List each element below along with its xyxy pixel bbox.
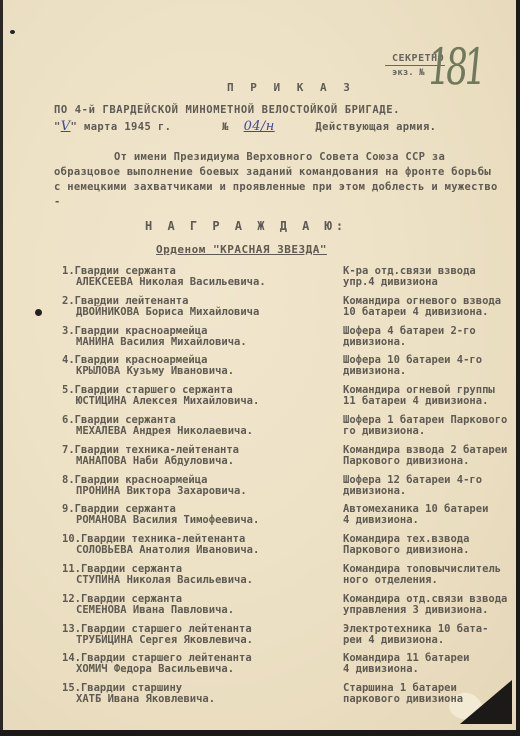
recipient-entry: 8.Гвардии красноармейцаПРОНИНА Виктора З…	[62, 475, 332, 497]
recipient-name: ДВОЙНИКОВА Бориса Михайловича	[62, 307, 332, 318]
recipient-entry: 13.Гвардии старшего лейтенантаТРУБИЦИНА …	[62, 624, 332, 646]
recipient-position: Командира огневой группы11 батареи 4 див…	[343, 385, 518, 407]
recipient-position: Командира взвода 2 батареиПаркового диви…	[343, 445, 518, 467]
date-line: "V" марта 1945 г. № 04/н Действующая арм…	[54, 119, 436, 134]
recipient-name: СЕМЕНОВА Ивана Павловича.	[62, 605, 332, 616]
recipient-entry: 9.Гвардии сержантаРОМАНОВА Василия Тимоф…	[62, 504, 332, 526]
recipient-entry: 11.Гвардии сержантаСТУПИНА Николая Васил…	[62, 564, 332, 586]
ink-spot	[10, 30, 15, 34]
recipient-entry: 15.Гвардии старшинуХАТБ Ивана Яковлевича…	[62, 683, 332, 705]
recipient-name: СОЛОВЬЕВА Анатолия Ивановича.	[62, 545, 332, 556]
order-month-year: марта 1945 г.	[84, 121, 171, 133]
recipient-name: ПРОНИНА Виктора Захаровича.	[62, 486, 332, 497]
recipient-name: РОМАНОВА Василия Тимофеевича.	[62, 515, 332, 526]
recipient-rank: 3.Гвардии красноармейца	[62, 326, 332, 337]
recipient-position: Командира огневого взвода10 батареи 4 ди…	[343, 296, 518, 318]
recipient-position: Старшина 1 батареипаркового дивизиона	[343, 683, 518, 705]
recipient-rank: 13.Гвардии старшего лейтенанта	[62, 624, 332, 635]
recipient-name: МАНИНА Василия Михайловича.	[62, 337, 332, 348]
recipient-position: Командира топовычислительного отделения.	[343, 564, 518, 586]
order-day: V	[61, 119, 71, 134]
recipient-entry: 3.Гвардии красноармейцаМАНИНА Василия Ми…	[62, 326, 332, 348]
page-left-edge	[0, 0, 3, 736]
recipient-name: АЛЕКСЕЕВА Николая Васильевича.	[62, 277, 332, 288]
recipient-entry: 4.Гвардии красноармейцаКРЫЛОВА Кузьму Ив…	[62, 355, 332, 377]
recipient-name: МАНАПОВА Наби Абдуловича.	[62, 456, 332, 467]
recipient-rank: 8.Гвардии красноармейца	[62, 475, 332, 486]
handwritten-mark: 181	[425, 38, 485, 96]
document-page: СЕКРЕТНО экз. № 181 П Р И К А З ПО 4-й Г…	[0, 0, 516, 730]
recipient-name: КРЫЛОВА Кузьму Ивановича.	[62, 366, 332, 377]
recipient-position: Шофера 10 батареи 4-годивизиона.	[343, 355, 518, 377]
preamble: От имени Президиума Верховного Совета Со…	[54, 150, 504, 210]
location: Действующая армия.	[289, 121, 436, 133]
recipient-position: К-ра отд.связи взводаупр.4 дивизиона	[343, 266, 518, 288]
document-subtitle: ПО 4-й ГВАРДЕЙСКОЙ МИНОМЕТНОЙ ВЕЛОСТОЙКО…	[54, 104, 400, 116]
recipient-position: Шофера 1 батареи Парковогого дивизиона.	[343, 415, 518, 437]
recipient-name: ЮСТИЦИНА Алексея Михайловича.	[62, 396, 332, 407]
recipient-position: Электротехника 10 бата-реи 4 дивизиона.	[343, 624, 518, 646]
stamp-copy: экз. №	[392, 68, 425, 78]
recipient-name: ТРУБИЦИНА Сергея Яковлевича.	[62, 635, 332, 646]
recipient-name: СТУПИНА Николая Васильевича.	[62, 575, 332, 586]
recipient-position: Шофера 12 батареи 4-годивизиона.	[343, 475, 518, 497]
recipient-entry: 6.Гвардии сержантаМЕХАЛЕВА Андрея Никола…	[62, 415, 332, 437]
recipient-position: Автомеханика 10 батареи4 дивизиона.	[343, 504, 518, 526]
recipient-position: Командира отд.связи взводауправления 3 д…	[343, 594, 518, 616]
recipient-entry: 5.Гвардии старшего сержантаЮСТИЦИНА Алек…	[62, 385, 332, 407]
recipient-position: Шофера 4 батареи 2-годивизиона.	[343, 326, 518, 348]
award-heading: Н А Г Р А Ж Д А Ю:	[145, 219, 347, 233]
recipient-entry: 12.Гвардии сержантаСЕМЕНОВА Ивана Павлов…	[62, 594, 332, 616]
recipient-name: ХОМИЧ Федора Васильевича.	[62, 664, 332, 675]
recipient-position: Командира тех.взводаПаркового дивизиона.	[343, 534, 518, 556]
recipient-entry: 10.Гвардии техника-лейтенантаСОЛОВЬЕВА А…	[62, 534, 332, 556]
recipient-entry: 14.Гвардии старшего лейтенантаХОМИЧ Федо…	[62, 653, 332, 675]
recipient-entry: 7.Гвардии техника-лейтенантаМАНАПОВА Наб…	[62, 445, 332, 467]
recipient-position: Командира 11 батареи4 дивизиона.	[343, 653, 518, 675]
order-name: Орденом "КРАСНАЯ ЗВЕЗДА"	[156, 243, 327, 256]
ink-spot	[35, 309, 42, 316]
order-number: 04/н	[236, 119, 283, 134]
recipient-entry: 1.Гвардии сержантаАЛЕКСЕЕВА Николая Васи…	[62, 266, 332, 288]
recipient-name: МЕХАЛЕВА Андрея Николаевича.	[62, 426, 332, 437]
document-title: П Р И К А З	[227, 81, 355, 94]
recipient-entry: 2.Гвардии лейтенантаДВОЙНИКОВА Бориса Ми…	[62, 296, 332, 318]
recipient-name: ХАТБ Ивана Яковлевича.	[62, 694, 332, 705]
